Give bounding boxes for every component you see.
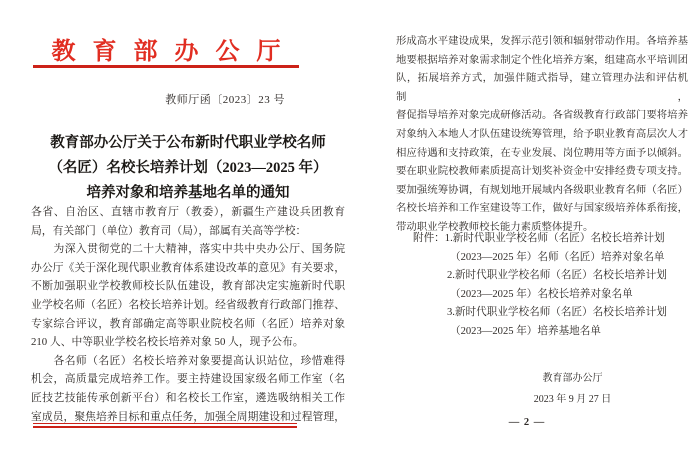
attachment-line: 3.新时代职业学校名师（名匠）名校长培养计划 xyxy=(447,304,693,323)
attachment-line: （2023—2025 年）培养基地名单 xyxy=(450,323,693,342)
attachment-line: （2023—2025 年）名校长培养对象名单 xyxy=(450,286,693,305)
body-line: 专家综合评议，教育部确定高等职业院校名师（名匠）培养对象 xyxy=(31,315,345,334)
letterhead-title: 教育部办公厅 xyxy=(33,31,299,66)
body-line: 不断加强职业学校教师校长队伍建设，教育部决定实施新时代职 xyxy=(31,277,345,296)
body-line: 形成高水平建设成果，发挥示范引领和辐射带动作用。各培养基 xyxy=(396,33,688,52)
notice-title-line-1: 教育部办公厅关于公布新时代职业学校名师 xyxy=(31,131,345,156)
notice-title-line-2: （名匠）名校长培养计划（2023—2025 年） xyxy=(31,156,345,181)
body-line: 督促指导培养对象完成研修活动。各省级教育行政部门要将培养 xyxy=(396,107,688,126)
body-line: 要在职业院校教师素质提高计划奖补资金中安排经费专项支持。 xyxy=(396,163,688,182)
body-line: 210 人、中等职业学校名校长培养对象 50 人，现予公布。 xyxy=(31,333,345,352)
left-page-body: 各省、自治区、直辖市教育厅（教委），新疆生产建设兵团教育 局，有关部门（单位）教… xyxy=(31,203,345,426)
attachment-line: 2.新时代职业学校名师（名匠）名校长培养计划 xyxy=(447,267,693,286)
page-number: — 2 — xyxy=(497,417,557,428)
right-page-body: 形成高水平建设成果，发挥示范引领和辐射带动作用。各培养基 地要根据培养对象需求制… xyxy=(396,33,688,238)
red-separator-bottom xyxy=(33,423,297,428)
signature-block: 教育部办公厅 2023 年 9 月 27 日 xyxy=(500,368,645,410)
body-line: 对象纳入本地人才队伍建设统筹管理，给予职业教育高层次人才 xyxy=(396,126,688,145)
body-line: 局，有关部门（单位）教育司（局），部属有关高等学校： xyxy=(31,222,345,241)
issuer-name: 教育部办公厅 xyxy=(500,368,645,389)
body-line: 要加强统筹协调，有规划地开展域内各级职业教育名师（名匠） xyxy=(396,182,688,201)
body-line: 为深入贯彻党的二十大精神，落实中共中央办公厅、国务院 xyxy=(31,240,345,259)
body-line: 各省、自治区、直辖市教育厅（教委），新疆生产建设兵团教育 xyxy=(31,203,345,222)
attachment-line: （2023—2025 年）名师（名匠）培养对象名单 xyxy=(450,249,693,268)
body-line: 相应待遇和支持政策，在专业发展、岗位聘用等方面予以倾斜。 xyxy=(396,145,688,164)
body-line: 业学校名师（名匠）名校长培养计划。经省级教育行政部门推荐、 xyxy=(31,296,345,315)
notice-title: 教育部办公厅关于公布新时代职业学校名师 （名匠）名校长培养计划（2023—202… xyxy=(31,131,345,206)
body-line: 匠技艺技能传承创新平台）和名校长工作室，遴选吸纳相关工作 xyxy=(31,389,345,408)
issue-date: 2023 年 9 月 27 日 xyxy=(500,389,645,410)
document-number: 教师厅函〔2023〕23 号 xyxy=(33,91,285,107)
body-line: 机会，高质量完成培养工作。要主持建设国家级名师工作室（名 xyxy=(31,370,345,389)
body-line: 办公厅《关于深化现代职业教育体系建设改革的意见》有关要求， xyxy=(31,259,345,278)
body-line: 队，拓展培养方式，加强伴随式指导，建立管理办法和评估机制， xyxy=(396,70,688,107)
body-line: 各名师（名匠）名校长培养对象要提高认识站位，珍惜难得 xyxy=(31,352,345,371)
body-line: 地要根据培养对象需求制定个性化培养方案，组建高水平培训团 xyxy=(396,52,688,71)
body-line: 名校长培养和工作室建设等工作，做好与国家级培养体系衔接， xyxy=(396,200,688,219)
attachment-line: 附件：1.新时代职业学校名师（名匠）名校长培养计划 xyxy=(413,230,693,249)
red-separator-top xyxy=(33,65,299,68)
attachments-list: 附件：1.新时代职业学校名师（名匠）名校长培养计划 （2023—2025 年）名… xyxy=(413,230,693,342)
